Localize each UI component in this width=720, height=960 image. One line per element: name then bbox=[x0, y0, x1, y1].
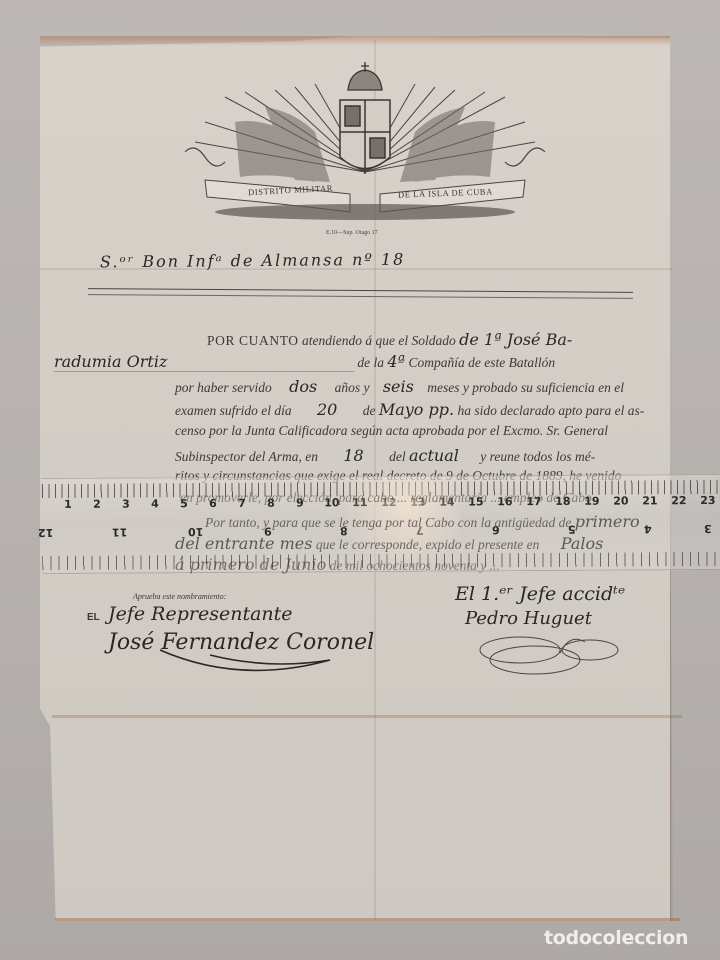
body-line-1: POR CUANTO atendiendo á que el Soldado d… bbox=[207, 330, 572, 349]
body-text: Por tanto, y para que se le tenga por ta… bbox=[205, 515, 571, 530]
ruler-inch-label: 3 bbox=[704, 522, 712, 535]
body-text: ha sido declarado apto para el as- bbox=[457, 403, 644, 418]
ruler-inch-label: 11 bbox=[112, 526, 127, 539]
approval-note: Aprueba este nombramiento: bbox=[133, 592, 226, 601]
body-line-6: Subinspector del Arma, en 18 del actual … bbox=[175, 446, 595, 465]
body-text: de mil ochocientos noventa y ... bbox=[330, 558, 500, 573]
ruler-inch-label: 12 bbox=[38, 526, 53, 539]
left-signatory-title: Jefe Representante bbox=[108, 603, 293, 625]
body-text: por haber servido bbox=[175, 380, 272, 395]
ruler-cm-label: 23 bbox=[700, 494, 715, 507]
place-handwritten: Palos bbox=[561, 534, 604, 553]
issue-date-handwritten: á primero de Junio bbox=[175, 555, 326, 574]
ruler-cm-label: 4 bbox=[151, 497, 159, 510]
body-text: años y bbox=[335, 380, 370, 395]
month-ref-handwritten: del entrante mes bbox=[175, 534, 312, 553]
ruler-cm-label: 2 bbox=[93, 498, 101, 511]
coat-of-arms-icon bbox=[165, 62, 565, 230]
body-line-10: del entrante mes que le corresponde, exp… bbox=[175, 534, 603, 553]
body-line-9: Por tanto, y para que se le tenga por ta… bbox=[205, 512, 640, 531]
body-text: de bbox=[363, 403, 376, 418]
body-line-4: examen sufrido el día 20 de Mayo pp. ha … bbox=[175, 400, 644, 419]
body-line-3: por haber servido dos años y seis meses … bbox=[175, 377, 624, 396]
body-line-11: á primero de Junio de mil ochocientos no… bbox=[175, 555, 500, 574]
coat-of-arms-engraving bbox=[165, 62, 565, 230]
por-cuanto-heading: POR CUANTO bbox=[207, 333, 299, 348]
top-edge-stain bbox=[40, 36, 670, 46]
body-text: y reune todos los mé- bbox=[480, 449, 595, 464]
printer-mark: E.10—Sup. Otago 17 bbox=[326, 230, 378, 236]
body-line-2: radumia Ortiz de la 4ª Compañía de este … bbox=[44, 352, 555, 372]
right-signature-flourish-icon bbox=[475, 628, 625, 688]
ruler-inch-label: 4 bbox=[644, 522, 652, 535]
left-signature-flourish-icon bbox=[150, 640, 340, 680]
todocoleccion-watermark: todocoleccion bbox=[544, 927, 688, 949]
body-line-8: en promoverle, por elección, para cabo .… bbox=[180, 490, 592, 506]
body-text: del bbox=[389, 449, 406, 464]
el-label: EL bbox=[87, 612, 100, 623]
horizontal-fold-lower bbox=[52, 715, 682, 718]
soldier-surname-handwritten: radumia Ortiz bbox=[54, 352, 354, 372]
ruler-cm-label: 3 bbox=[122, 498, 130, 511]
exam-month-handwritten: Mayo pp. bbox=[379, 400, 454, 419]
date-signatory-line: El 1.ᵉʳ Jefe accidᵗᵉ bbox=[455, 583, 625, 605]
years-served-handwritten: dos bbox=[289, 377, 317, 396]
body-line-5: censo por la Junta Calificadora según ac… bbox=[175, 423, 608, 439]
body-text: meses y probado su suficiencia en el bbox=[427, 380, 624, 395]
approval-day-handwritten: 18 bbox=[343, 446, 363, 465]
approval-month-handwritten: actual bbox=[409, 446, 459, 465]
ruler-cm-label: 20 bbox=[613, 494, 628, 507]
body-text: Subinspector del Arma, en bbox=[175, 449, 318, 464]
soldier-name-handwritten: de 1ª José Ba- bbox=[459, 330, 572, 349]
bottom-edge-stain bbox=[55, 918, 680, 921]
body-text: examen sufrido el día bbox=[175, 403, 292, 418]
company-number-handwritten: 4ª bbox=[387, 352, 405, 371]
ruler-cm-label: 22 bbox=[671, 494, 686, 507]
body-text: de la bbox=[357, 355, 384, 370]
body-text: Compañía de este Batallón bbox=[409, 355, 556, 370]
months-served-handwritten: seis bbox=[383, 377, 414, 396]
ruler-cm-label: 1 bbox=[64, 498, 72, 511]
body-text: atendiendo á que el Soldado bbox=[302, 333, 456, 348]
ruler-cm-label: 21 bbox=[642, 494, 657, 507]
body-text: que le corresponde, expido el presente e… bbox=[316, 537, 540, 552]
seniority-handwritten: primero bbox=[575, 512, 640, 531]
exam-day-handwritten: 20 bbox=[317, 400, 337, 419]
right-signature: Pedro Huguet bbox=[465, 608, 592, 629]
